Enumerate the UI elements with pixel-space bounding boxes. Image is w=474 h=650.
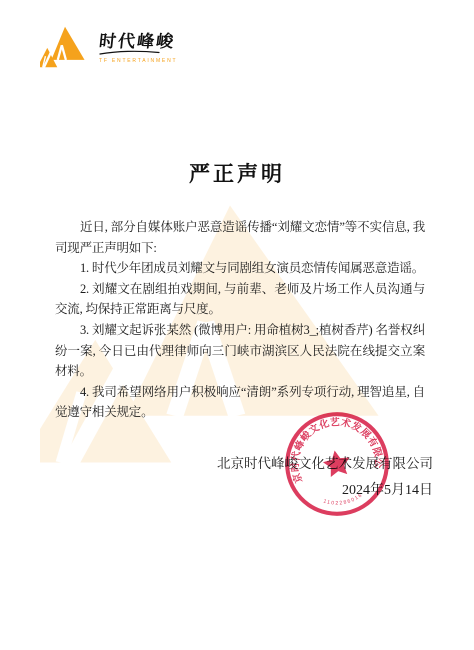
signature-company: 北京时代峰峻文化艺术发展有限公司 [217, 452, 433, 472]
brand-name-en: TF ENTERTAINMENT [99, 58, 177, 64]
statement-item-4: 4. 我司希望网络用户积极响应“清朗”系列专项行动, 理智追星, 自觉遵守相关规… [55, 382, 425, 423]
statement-item-2: 2. 刘耀文在剧组拍戏期间, 与前辈、老师及片场工作人员沟通与交流, 均保持正常… [55, 279, 425, 320]
statement-body: 近日, 部分自媒体账户恶意造谣传播“刘耀文恋情”等不实信息, 我司现严正声明如下… [55, 217, 425, 423]
brand-logo-icon [40, 24, 90, 70]
statement-intro: 近日, 部分自媒体账户恶意造谣传播“刘耀文恋情”等不实信息, 我司现严正声明如下… [55, 217, 425, 258]
brand-text: 时代峰峻 TF ENTERTAINMENT [99, 33, 177, 64]
statement-page: 时代峰峻 TF ENTERTAINMENT 严正声明 近日, 部分自媒体账户恶意… [0, 0, 474, 650]
statement-title: 严正声明 [0, 158, 474, 188]
brand-header: 时代峰峻 TF ENTERTAINMENT [40, 24, 177, 70]
statement-item-1: 1. 时代少年团成员刘耀文与同剧组女演员恋情传闻属恶意造谣。 [55, 258, 425, 279]
statement-item-3: 3. 刘耀文起诉张某然 (微博用户: 用命植树3_;植树香芹) 名誉权纠纷一案,… [55, 320, 425, 382]
brand-name-cn: 时代峰峻 [98, 33, 178, 51]
signature-date: 2024年5月14日 [217, 479, 433, 499]
signature-block: 北京时代峰峻文化艺术发展有限公司 2024年5月14日 [217, 452, 433, 499]
